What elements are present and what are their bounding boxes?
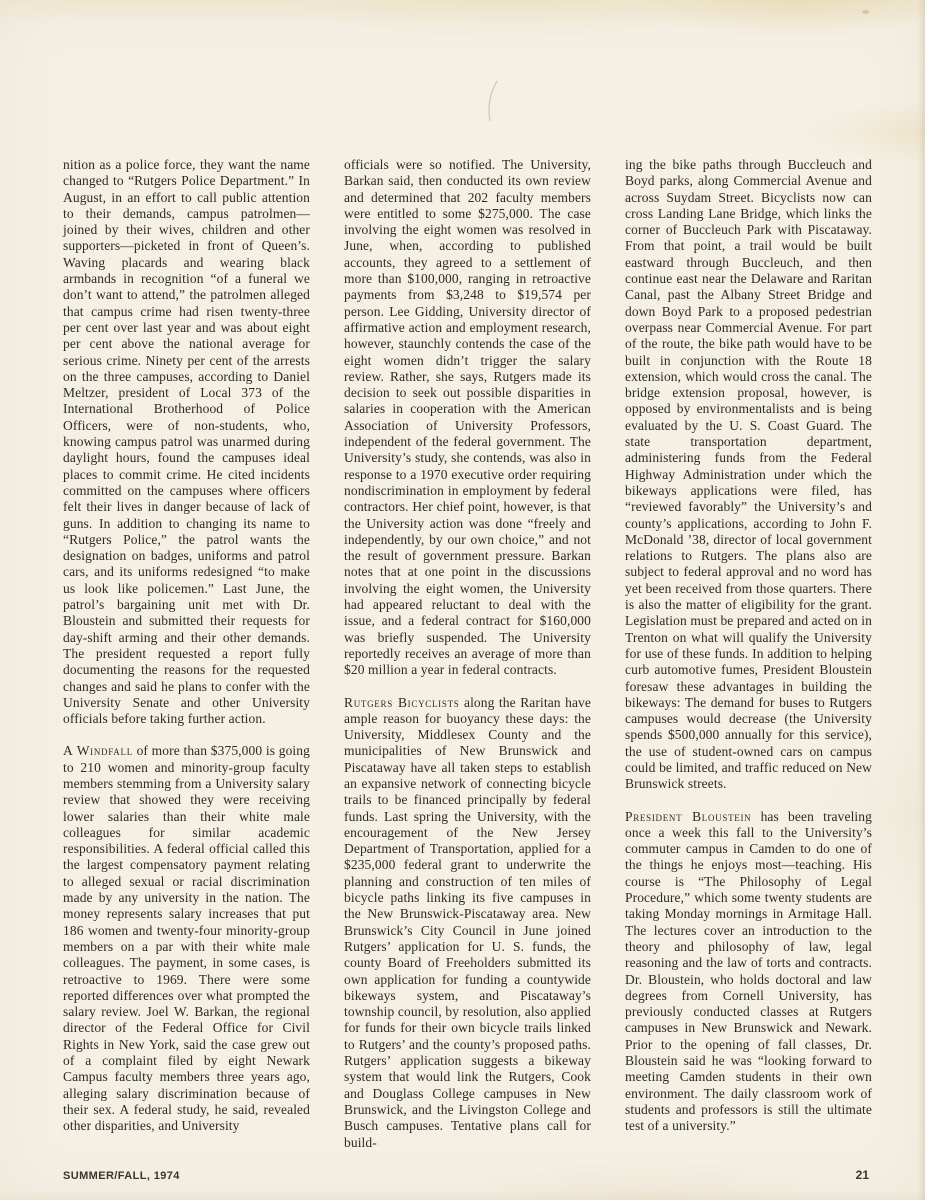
body-paragraph: Rutgers Bicyclists along the Raritan hav… bbox=[344, 695, 591, 1151]
paragraph-lead: A Windfall bbox=[63, 743, 133, 758]
pencil-mark bbox=[481, 78, 505, 124]
body-paragraph: A Windfall of more than $375,000 is goin… bbox=[63, 743, 310, 1134]
magazine-page: nition as a police force, they want the … bbox=[0, 0, 925, 1200]
page-number: 21 bbox=[856, 1168, 869, 1182]
text-column-1: nition as a police force, they want the … bbox=[63, 157, 310, 1151]
paragraph-lead: President Bloustein bbox=[625, 809, 751, 824]
paper-stain-speck bbox=[862, 10, 869, 14]
article-text-block: nition as a police force, they want the … bbox=[63, 157, 872, 1151]
page-footer: SUMMER/FALL, 1974 21 bbox=[63, 1168, 869, 1182]
body-paragraph: ing the bike paths through Buccleuch and… bbox=[625, 157, 872, 793]
paragraph-lead: Rutgers Bicyclists bbox=[344, 695, 460, 710]
body-paragraph: nition as a police force, they want the … bbox=[63, 157, 310, 727]
issue-date-label: SUMMER/FALL, 1974 bbox=[63, 1170, 180, 1182]
body-paragraph: President Bloustein has been traveling o… bbox=[625, 809, 872, 1135]
text-column-2: officials were so notified. The Universi… bbox=[344, 157, 591, 1151]
body-paragraph: officials were so notified. The Universi… bbox=[344, 157, 591, 679]
text-column-3: ing the bike paths through Buccleuch and… bbox=[625, 157, 872, 1151]
